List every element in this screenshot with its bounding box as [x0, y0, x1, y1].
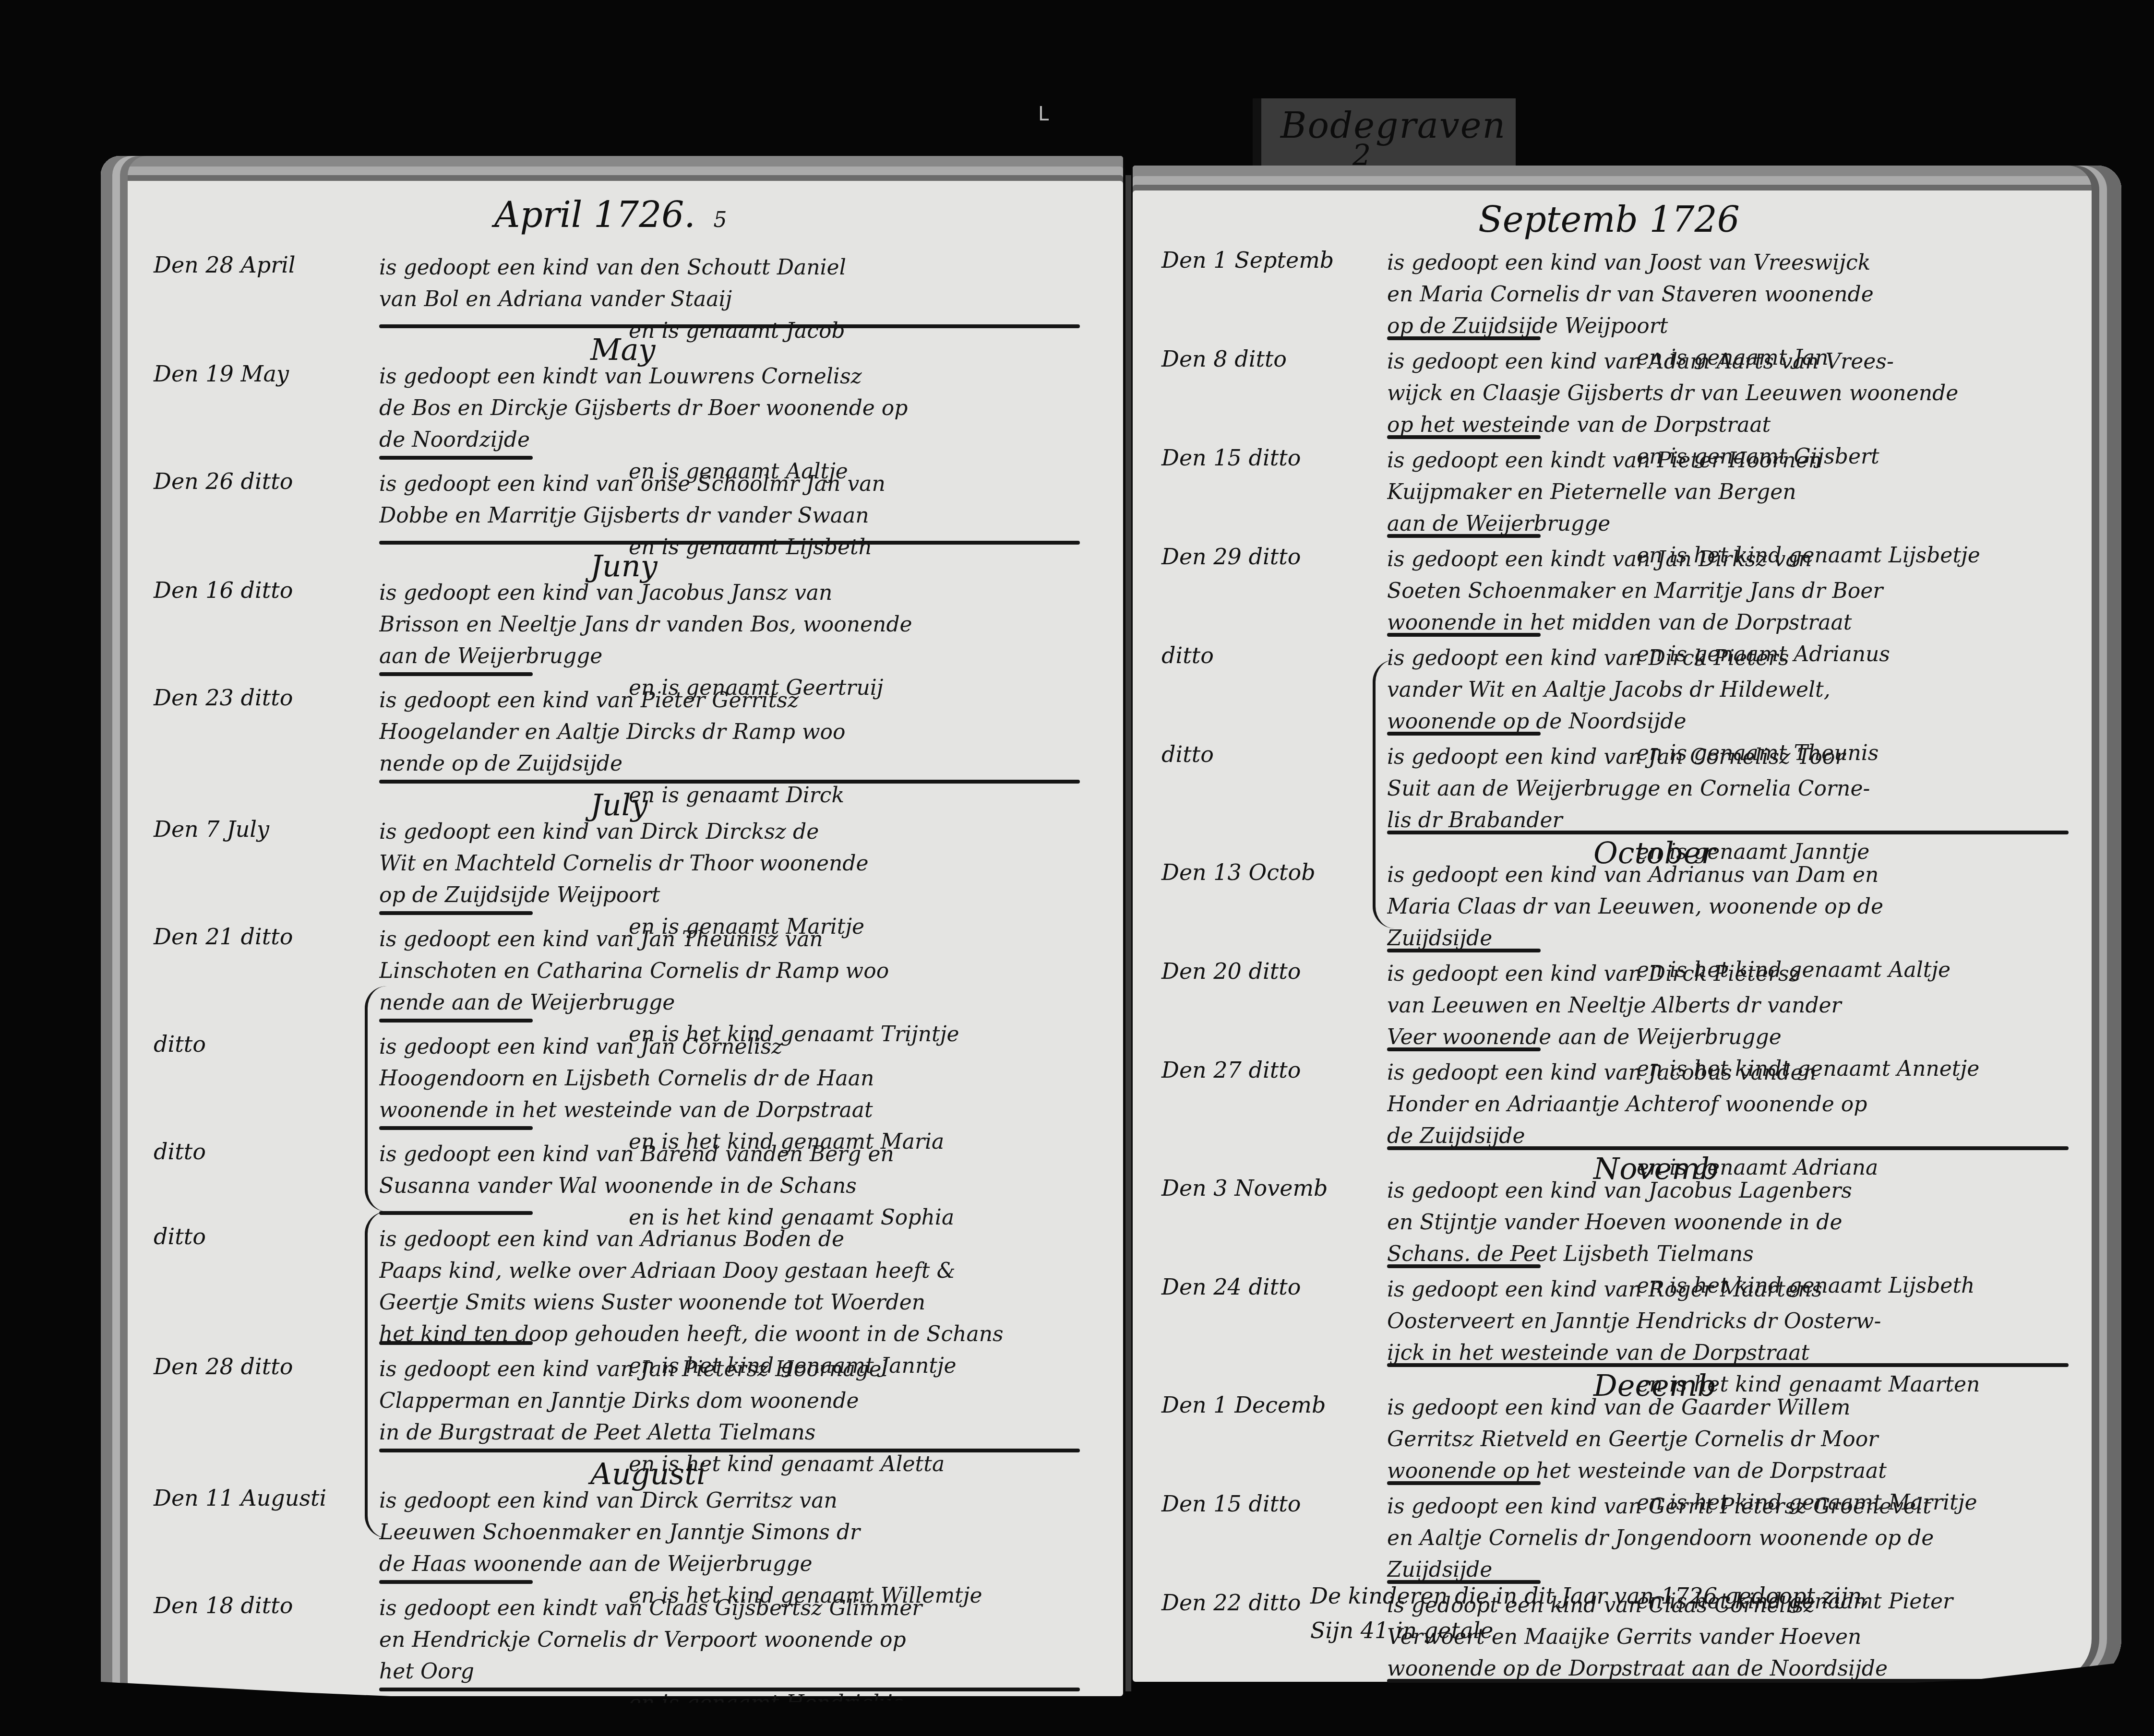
- entry-date: Den 27 ditto: [1161, 1057, 1373, 1083]
- entry-separator: [1387, 633, 1541, 637]
- entry-date: Den 28 April: [154, 252, 365, 278]
- entry-separator: [379, 672, 533, 676]
- entry-date: Den 23 ditto: [154, 685, 365, 711]
- entry-date: ditto: [154, 1224, 365, 1249]
- entry-date: Den 1 Decemb: [1161, 1392, 1373, 1418]
- entry-date: Den 11 Augusti: [154, 1485, 365, 1511]
- entry-line: is gedoopt een kind van Jacobus Jansz va…: [379, 577, 1109, 609]
- entry-separator: [379, 1211, 533, 1215]
- entry-separator: [379, 911, 533, 915]
- entry-date: Den 24 ditto: [1161, 1274, 1373, 1300]
- entry-line: van Leeuwen en Neeltje Alberts dr vander: [1387, 990, 2097, 1022]
- entry-line: wijck en Claasje Gijsberts dr van Leeuwe…: [1387, 378, 2097, 409]
- entry-line: en Hendrickje Cornelis dr Verpoort woone…: [379, 1624, 1109, 1656]
- entry-separator: [1387, 949, 1541, 952]
- entry-line: is gedoopt een kindt van Pieter Hoornen: [1387, 445, 2097, 476]
- entry-line: de Bos en Dirckje Gijsberts dr Boer woon…: [379, 392, 1109, 424]
- right-page: Septemb 1726 Den 1 Septembis gedoopt een…: [1133, 166, 2121, 1682]
- year-summary: De kinderen die in dit Jaar van 1726 ged…: [1310, 1579, 1869, 1648]
- entry-group-bracket: [365, 986, 387, 1212]
- entry-line: en Stijntje vander Hoeven woonende in de: [1387, 1207, 2097, 1238]
- entry-line: is gedoopt een kind van Dirck Dircksz de: [379, 816, 1109, 848]
- child-name-line: en is het kind genaamt Aletta: [379, 1449, 1109, 1480]
- entry-separator: [379, 1126, 533, 1130]
- entry-date: Den 1 Septemb: [1161, 247, 1373, 273]
- entry-date: Den 8 ditto: [1161, 346, 1373, 372]
- entry-line: Clapperman en Janntje Dirks dom woonende: [379, 1385, 1109, 1417]
- entry-line: Dobbe en Marritje Gijsberts dr vander Sw…: [379, 500, 1109, 532]
- entry-line: en Maria Cornelis dr van Staveren woonen…: [1387, 279, 2097, 310]
- entry-line: is gedoopt een kind van Pieter Gerritsz: [379, 685, 1109, 716]
- book-spine: [1125, 175, 1131, 1691]
- entry-line: is gedoopt een kindt van Jan Dirksz van: [1387, 544, 2097, 575]
- entry-line: Honder en Adriaantje Achterof woonende o…: [1387, 1089, 2097, 1120]
- entry-separator: [1387, 831, 2069, 834]
- entry-date: Den 28 ditto: [154, 1354, 365, 1379]
- entry-separator: [1387, 1264, 1541, 1268]
- entry-line: is gedoopt een kind van Jan Cornelisz To…: [1387, 741, 2097, 773]
- entry-line: is gedoopt een kind van Joost van Vreesw…: [1387, 247, 2097, 279]
- entry-separator: [1387, 534, 1541, 538]
- folio-number: 5: [713, 208, 727, 232]
- entry-line: Kuijpmaker en Pieternelle van Bergen: [1387, 476, 2097, 508]
- entry-line: het kind ten doop gehouden heeft, die wo…: [379, 1319, 1109, 1350]
- entry-line: op de Zuijdsijde Weijpoort: [379, 880, 1109, 911]
- entry-date: Den 20 ditto: [1161, 958, 1373, 984]
- entry-line: Hoogendoorn en Lijsbeth Cornelis dr de H…: [379, 1063, 1109, 1094]
- entry-text: is gedoopt een kind van Jacobus vandenHo…: [1387, 1057, 2097, 1184]
- entry-line: is gedoopt een kind van den Schoutt Dani…: [379, 252, 1109, 284]
- entry-separator: [379, 1688, 1080, 1691]
- entry-separator: [379, 541, 1080, 545]
- child-name-line: en is genaamt Dirck: [379, 780, 1109, 811]
- entry-separator: [379, 324, 1080, 328]
- entry-line: is gedoopt een kind van Jan Cornelisz: [379, 1031, 1109, 1063]
- entry-line: van Bol en Adriana vander Staaij: [379, 284, 1109, 315]
- entry-line: is gedoopt een kind van Adrianus van Dam…: [1387, 859, 2097, 891]
- entry-separator: [1387, 435, 1541, 439]
- entry-line: Maria Claas dr van Leeuwen, woonende op …: [1387, 891, 2097, 923]
- entry-date: Den 15 ditto: [1161, 445, 1373, 471]
- entry-line: nende op de Zuijdsijde: [379, 748, 1109, 780]
- entry-line: is gedoopt een kind van Jan Pietersz Hoo…: [379, 1354, 1109, 1385]
- entry-separator: [1387, 1047, 1541, 1051]
- entry-line: is gedoopt een kind van Dirck Pietersz: [1387, 958, 2097, 990]
- register-book: April 1726. 5 Den 28 Aprilis gedoopt een…: [101, 156, 2126, 1725]
- archive-label-place: Bodegraven: [1280, 105, 1506, 146]
- entry-line: Brisson en Neeltje Jans dr vanden Bos, w…: [379, 609, 1109, 641]
- entry-separator: [379, 780, 1080, 784]
- entry-line: Oosterveert en Janntje Hendricks dr Oost…: [1387, 1306, 2097, 1337]
- entry-line: is gedoopt een kind van Barend vanden Be…: [379, 1139, 1109, 1170]
- entry-line: is gedoopt een kind van de Gaarder Wille…: [1387, 1392, 2097, 1424]
- entry-date: ditto: [1161, 741, 1373, 767]
- entry-date: Den 15 ditto: [1161, 1491, 1373, 1517]
- left-page: April 1726. 5 Den 28 Aprilis gedoopt een…: [101, 156, 1123, 1696]
- entry-date: ditto: [154, 1139, 365, 1165]
- entry-line: Hoogelander en Aaltje Dircks dr Ramp woo: [379, 716, 1109, 748]
- entry-group-bracket: [1373, 660, 1395, 928]
- entry-group-bracket: [365, 1212, 387, 1538]
- entry-date: ditto: [1161, 642, 1373, 668]
- corner-mark: L: [1038, 103, 1049, 125]
- right-page-heading: Septemb 1726: [1478, 199, 1740, 240]
- entry-line: is gedoopt een kind van Jan Theunisz van: [379, 924, 1109, 955]
- entry-separator: [379, 1580, 533, 1584]
- entry-date: Den 18 ditto: [154, 1593, 365, 1618]
- entry-text: is gedoopt een kind van Pieter GerritszH…: [379, 685, 1109, 811]
- entry-line: de Haas woonende aan de Weijerbrugge: [379, 1548, 1109, 1580]
- entry-line: is gedoopt een kind van onse Schoolmr Ja…: [379, 468, 1109, 500]
- entry-date: Den 16 ditto: [154, 577, 365, 603]
- entry-separator: [1387, 1146, 2069, 1150]
- child-name-line: en is genaamt Jacob: [379, 315, 1109, 347]
- entry-text: is gedoopt een kind van Barend vanden Be…: [379, 1139, 1109, 1234]
- entry-line: Paaps kind, welke over Adriaan Dooy gest…: [379, 1255, 1109, 1287]
- entry-line: Wit en Machteld Cornelis dr Thoor woonen…: [379, 848, 1109, 880]
- entry-line: aan de Weijerbrugge: [379, 641, 1109, 672]
- entry-separator: [379, 1341, 533, 1345]
- entry-date: Den 13 Octob: [1161, 859, 1373, 885]
- entry-line: de Noordzijde: [379, 424, 1109, 456]
- entry-separator: [379, 456, 533, 460]
- entry-separator: [1387, 1481, 1541, 1485]
- entry-date: Den 7 July: [154, 816, 365, 842]
- entry-line: Geertje Smits wiens Suster woonende tot …: [379, 1287, 1109, 1319]
- entry-date: Den 3 Novemb: [1161, 1175, 1373, 1201]
- entry-text: is gedoopt een kind van Jan Pietersz Hoo…: [379, 1354, 1109, 1480]
- child-name-line: en is genaamt Lijsbeth: [379, 532, 1109, 563]
- entry-line: is gedoopt een kind van Gerrit Pietersz …: [1387, 1491, 2097, 1522]
- left-page-heading: April 1726. 5: [494, 194, 727, 236]
- entry-line: Soeten Schoenmaker en Marritje Jans dr B…: [1387, 575, 2097, 607]
- entry-text: is gedoopt een kind van Roger MaartensOo…: [1387, 1274, 2097, 1401]
- entry-line: is gedoopt een kindt van Louwrens Cornel…: [379, 361, 1109, 392]
- entry-date: Den 26 ditto: [154, 468, 365, 494]
- entry-separator: [1387, 732, 1541, 736]
- entry-separator: [1387, 1363, 2069, 1367]
- entry-separator: [1387, 336, 1541, 340]
- entry-line: Leeuwen Schoenmaker en Janntje Simons dr: [379, 1517, 1109, 1548]
- entry-line: in de Burgstraat de Peet Aletta Tielmans: [379, 1417, 1109, 1449]
- entry-line: Gerritsz Rietveld en Geertje Cornelis dr…: [1387, 1424, 2097, 1455]
- entry-date: Den 29 ditto: [1161, 544, 1373, 570]
- entry-text: is gedoopt een kind van den Schoutt Dani…: [379, 252, 1109, 347]
- entry-line: het Oorg: [379, 1656, 1109, 1688]
- entry-line: is gedoopt een kind van Adam Aarts van V…: [1387, 346, 2097, 378]
- entry-line: is gedoopt een kind van Dirck Gerritsz v…: [379, 1485, 1109, 1517]
- entry-line: Suit aan de Weijerbrugge en Cornelia Cor…: [1387, 773, 2097, 805]
- entry-text: is gedoopt een kind van Jan Cornelisz To…: [1387, 741, 2097, 868]
- entry-line: woonende in het westeinde van de Dorpstr…: [379, 1094, 1109, 1126]
- entry-date: ditto: [154, 1031, 365, 1057]
- summary-line: De kinderen die in dit Jaar van 1726 ged…: [1310, 1579, 1869, 1613]
- entry-line: is gedoopt een kind van Roger Maartens: [1387, 1274, 2097, 1306]
- entry-separator: [379, 1019, 533, 1023]
- summary-line: Sijn 41 in getale: [1310, 1613, 1869, 1648]
- entry-line: is gedoopt een kind van Dirck Pieters: [1387, 642, 2097, 674]
- entry-line: Susanna vander Wal woonende in de Schans: [379, 1170, 1109, 1202]
- entry-line: is gedoopt een kindt van Claas Gijsberts…: [379, 1593, 1109, 1624]
- entry-line: is gedoopt een kind van Jacobus vanden: [1387, 1057, 2097, 1089]
- entry-line: Linschoten en Catharina Cornelis dr Ramp…: [379, 955, 1109, 987]
- entry-date: Den 21 ditto: [154, 924, 365, 950]
- entry-date: Den 19 May: [154, 361, 365, 387]
- entry-line: is gedoopt een kind van Adrianus Boden d…: [379, 1224, 1109, 1255]
- entry-text: is gedoopt een kind van onse Schoolmr Ja…: [379, 468, 1109, 563]
- heading-text: April 1726.: [494, 194, 695, 236]
- entry-line: is gedoopt een kind van Jacobus Lagenber…: [1387, 1175, 2097, 1207]
- entry-line: vander Wit en Aaltje Jacobs dr Hildewelt…: [1387, 674, 2097, 706]
- entry-line: en Aaltje Cornelis dr Jongendoorn woonen…: [1387, 1522, 2097, 1554]
- entry-separator: [379, 1449, 1080, 1452]
- entry-line: nende aan de Weijerbrugge: [379, 987, 1109, 1019]
